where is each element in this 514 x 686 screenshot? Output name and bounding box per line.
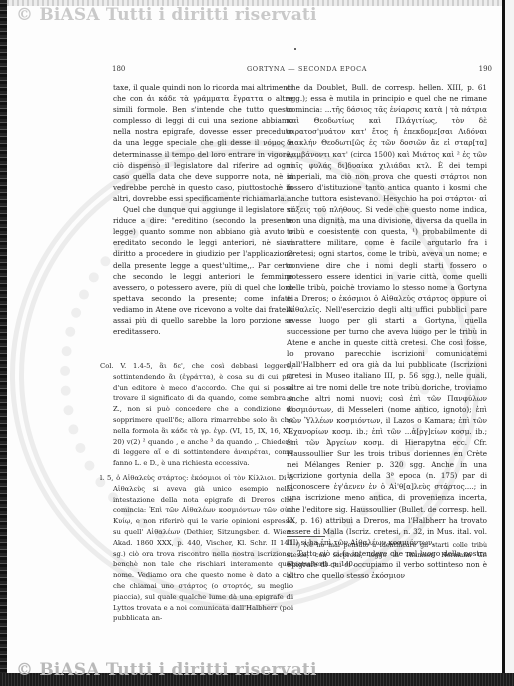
page-number-right: 190	[479, 65, 492, 73]
left-notes: Col. V. 1.4-5, ἂι δε', che così debbasi …	[100, 361, 293, 624]
note-text: ὁ Αἰθαλεὺς στάρτος: ἐκόσμιοι οἱ τὸν Κίλλ…	[113, 474, 293, 622]
running-header: 180 GORTYNA — SECONDA EPOCA 190	[112, 65, 492, 77]
paragraph: taxe, il quale quindi non lo ricorda mai…	[113, 82, 293, 204]
note-paragraph: Col. V. 1.4-5, ἂι δε', che così debbasi …	[100, 361, 293, 469]
page-number-left: 180	[112, 65, 125, 73]
scan-right-strip	[505, 0, 514, 686]
watermark-bottom: © BiASA Tutti i diritti riservati	[16, 660, 317, 680]
watermark-top: © BiASA Tutti i diritti riservati	[16, 5, 317, 25]
right-column: che da Doublet, Bull. de corresp. hellen…	[287, 82, 487, 581]
paragraph: che da Doublet, Bull. de corresp. hellen…	[287, 82, 487, 548]
scan-speck	[294, 48, 296, 50]
footnote-text: ¹) Nè ho mai pensato a identificare gli …	[287, 541, 487, 570]
paragraph: Quel che dunque qui aggiunge il legislat…	[113, 204, 293, 337]
running-title: GORTYNA — SECONDA EPOCA	[247, 65, 367, 73]
note: Col. V. 1.4-5, ἂι δε', che così debbasi …	[100, 361, 293, 469]
note-text: ἂι δε', che così debbasi leggere, sottin…	[113, 362, 293, 467]
footnote-rule	[287, 536, 325, 537]
scan-left-edge	[0, 0, 7, 686]
note-paragraph: l. 5, ὁ Αἰθαλεὺς στάρτος: ἐκόσμιοι οἱ τὸ…	[100, 473, 293, 624]
note: l. 5, ὁ Αἰθαλεὺς στάρτος: ἐκόσμιοι οἱ τὸ…	[100, 473, 293, 624]
note-ref: l. 5,	[100, 474, 113, 482]
note-ref: Col. V. 1.4-5,	[100, 362, 153, 370]
footnote: ¹) Nè ho mai pensato a identificare gli …	[287, 541, 487, 570]
left-column: taxe, il quale quindi non lo ricorda mai…	[113, 82, 293, 337]
